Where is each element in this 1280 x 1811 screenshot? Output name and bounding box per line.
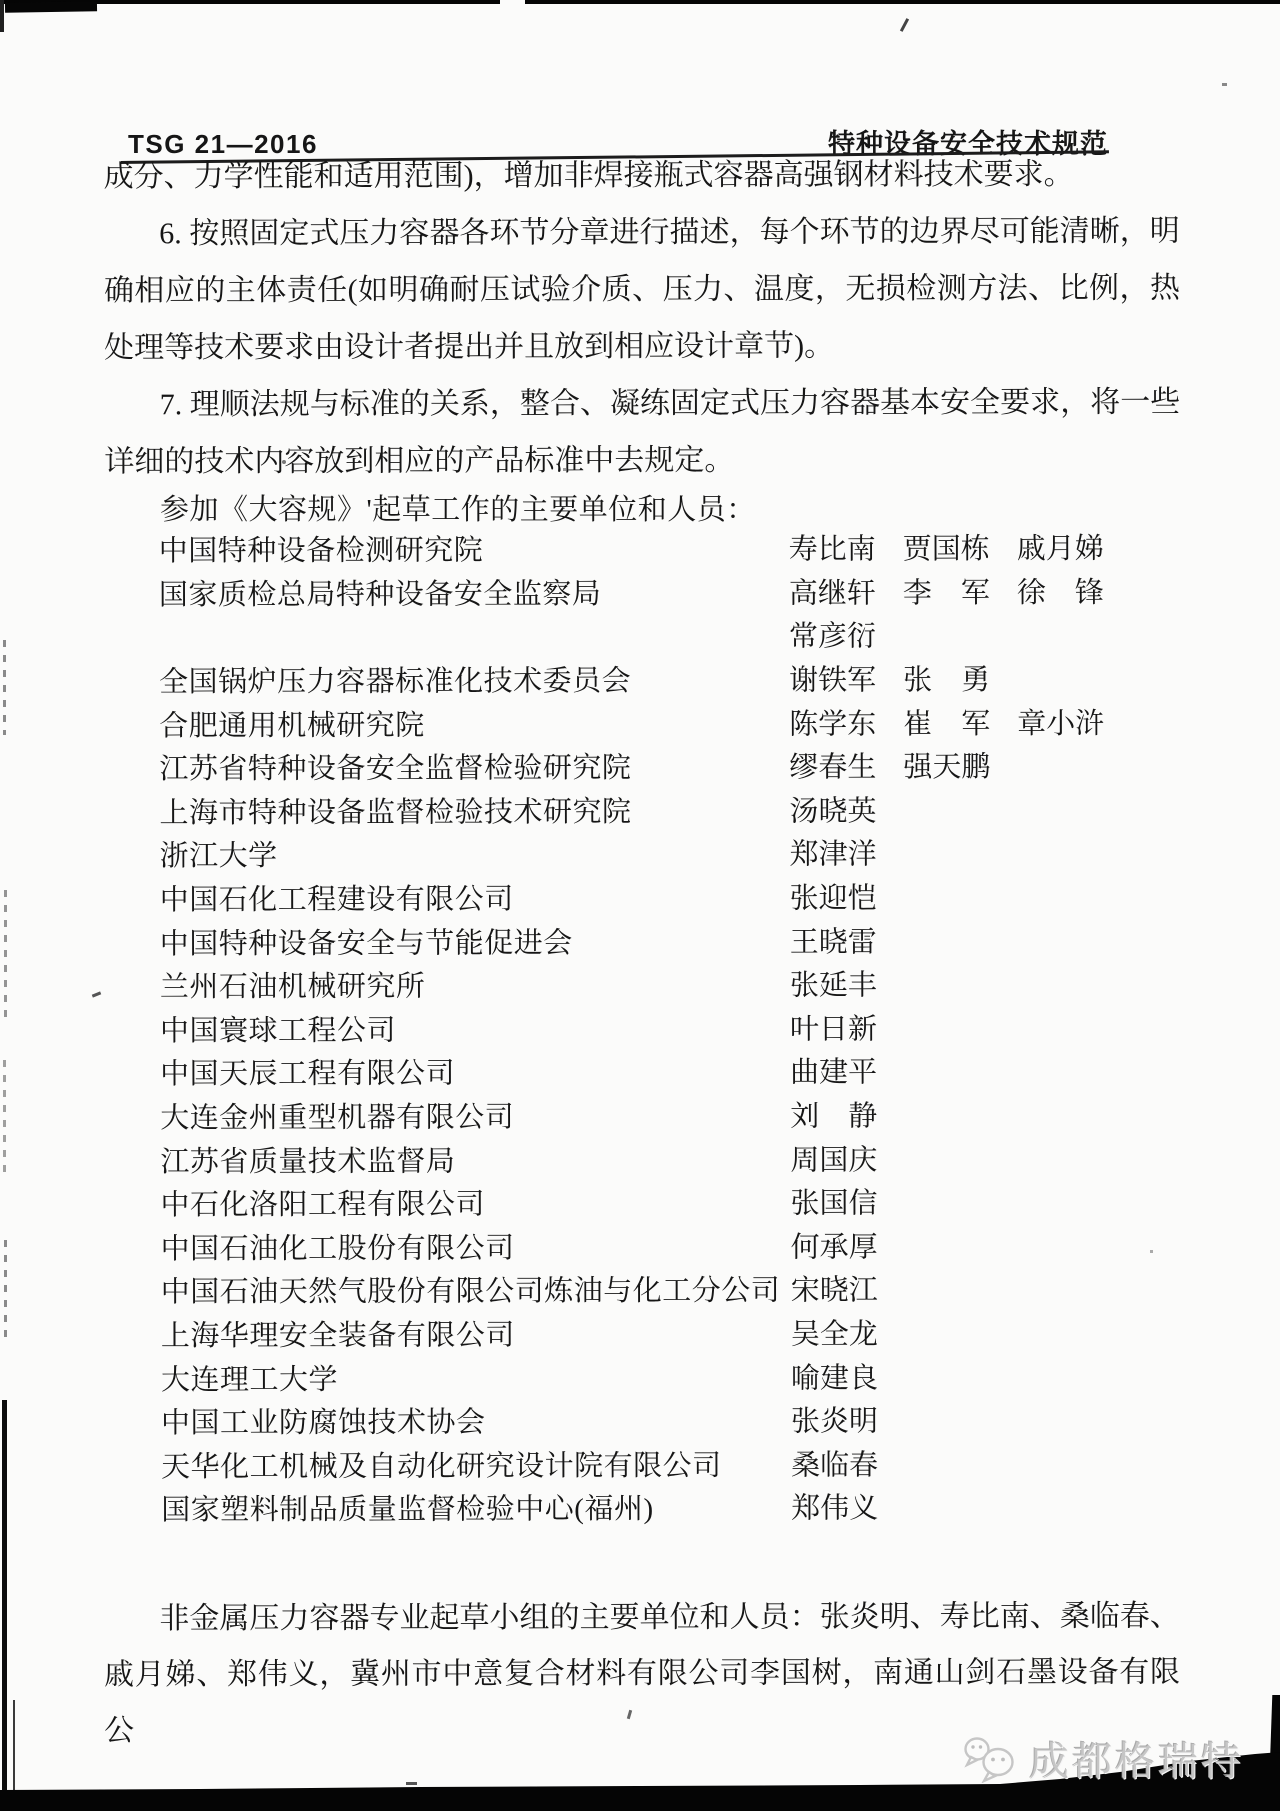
drafter-names: 张迎恺: [790, 875, 904, 916]
scan-edge-left: [3, 1060, 6, 1180]
scan-edge-left: [4, 890, 7, 1025]
drafter-name: 章小浒: [1017, 708, 1104, 740]
scan-speck: [1222, 83, 1227, 86]
drafter-unit: 中国工业防腐蚀技术协会: [161, 1399, 791, 1442]
drafter-names: 张延丰: [790, 963, 904, 1004]
drafter-name: 缪春生: [789, 752, 876, 784]
drafter-row: 浙江大学郑津洋: [159, 830, 1219, 876]
drafter-unit: 中石化洛阳工程有限公司: [160, 1181, 790, 1224]
drafter-row: 中国工业防腐蚀技术协会张炎明: [161, 1396, 1221, 1442]
drafter-unit: 中国石油天然气股份有限公司炼油与化工分公司: [161, 1268, 791, 1311]
drafter-name: 郑津洋: [790, 839, 877, 871]
drafter-name: 张延丰: [790, 970, 877, 1002]
scan-edge-top: [0, 0, 1280, 4]
drafter-name: 张迎恺: [790, 883, 877, 915]
drafter-names: 曲建平: [790, 1050, 904, 1091]
scan-edge-right-bottom: [1269, 1695, 1280, 1811]
drafter-names: 陈学东崔 军章小浒: [789, 701, 1131, 743]
paragraph-2: 6. 按照固定式压力容器各环节分章进行描述，每个环节的边界尽可能清晰，明确相应的…: [104, 203, 1180, 377]
paragraph-3: 7. 理顺法规与标准的关系，整合、凝练固定式压力容器基本安全要求，将一些详细的技…: [104, 374, 1180, 491]
drafter-row: 上海市特种设备监督检验技术研究院汤晓英: [159, 786, 1219, 832]
drafter-names: 常彦衍: [789, 614, 903, 655]
drafter-names: 喻建良: [791, 1355, 905, 1396]
drafter-names: 张炎明: [791, 1399, 905, 1440]
drafter-unit: 江苏省质量技术监督局: [160, 1137, 790, 1180]
drafter-unit: 国家质检总局特种设备安全监察局: [159, 571, 789, 614]
drafter-row: 国家塑料制品质量监督检验中心(福州)郑伟义: [161, 1484, 1221, 1530]
scan-edge-left-bottom: [2, 1400, 7, 1811]
scan-speck: [92, 991, 101, 997]
drafter-unit: 上海华理安全装备有限公司: [161, 1312, 791, 1355]
drafter-name: 桑临春: [791, 1449, 878, 1481]
drafter-row: 中国石化工程建设有限公司张迎恺: [160, 873, 1220, 919]
drafter-row: 常彦衍: [159, 612, 1219, 658]
drafter-names: 谢铁军张 勇: [789, 657, 1017, 699]
drafter-name: 常彦衍: [789, 621, 876, 653]
drafter-name: 汤晓英: [789, 795, 876, 827]
drafter-name: 陈学东: [789, 708, 876, 740]
drafter-name: 宋晓江: [791, 1275, 878, 1307]
drafter-name: 郑伟义: [791, 1493, 878, 1525]
drafter-unit: 大连金州重型机器有限公司: [160, 1094, 790, 1137]
scan-edge-left-top: [0, 0, 4, 32]
drafter-unit: 中国特种设备检测研究院: [159, 527, 789, 570]
drafter-unit: 上海市特种设备监督检验技术研究院: [159, 789, 789, 832]
drafter-name: 张炎明: [791, 1406, 878, 1438]
drafter-names: 周国庆: [790, 1137, 904, 1178]
drafter-names: 刘 静: [790, 1093, 904, 1134]
drafter-names: 汤晓英: [789, 788, 903, 829]
drafter-unit: 合肥通用机械研究院: [159, 701, 789, 744]
drafter-unit: 江苏省特种设备安全监督检验研究院: [159, 745, 789, 788]
drafters-list: 中国特种设备检测研究院寿比南贾国栋戚月娣国家质检总局特种设备安全监察局高继轩李 …: [159, 525, 1222, 1530]
scan-edge-left: [4, 1240, 7, 1345]
drafter-unit: 中国天辰工程有限公司: [160, 1050, 790, 1093]
drafter-row: 中国石油化工股份有限公司何承厚: [161, 1222, 1221, 1268]
drafter-name: 叶日新: [790, 1013, 877, 1045]
drafter-row: 上海华理安全装备有限公司吴全龙: [161, 1309, 1221, 1355]
drafter-unit: 中国特种设备安全与节能促进会: [160, 919, 790, 962]
drafter-name: 张国信: [790, 1188, 877, 1220]
drafter-names: 寿比南贾国栋戚月娣: [789, 526, 1131, 568]
body-text: 成分、力学性能和适用范围)，增加非焊接瓶式容器高强钢材料技术要求。 6. 按照固…: [104, 146, 1181, 491]
drafter-names: 桑临春: [791, 1442, 905, 1483]
drafter-row: 全国锅炉压力容器标准化技术委员会谢铁军张 勇: [159, 655, 1219, 701]
scan-speck: [900, 18, 909, 32]
drafter-row: 合肥通用机械研究院陈学东崔 军章小浒: [159, 699, 1219, 745]
drafter-name: 高继轩: [789, 577, 876, 609]
drafter-unit: 全国锅炉压力容器标准化技术委员会: [159, 658, 789, 701]
drafter-row: 国家质检总局特种设备安全监察局高继轩李 军徐 锋: [159, 568, 1219, 614]
drafter-name: 谢铁军: [789, 665, 876, 697]
drafter-row: 中国石油天然气股份有限公司炼油与化工分公司宋晓江: [161, 1266, 1221, 1312]
drafter-name: 李 军: [903, 577, 990, 609]
drafter-unit: 浙江大学: [159, 832, 789, 875]
drafter-name: 周国庆: [790, 1144, 877, 1176]
drafter-names: 缪春生强天鹏: [789, 744, 1017, 786]
drafter-row: 中国天辰工程有限公司曲建平: [160, 1048, 1220, 1094]
drafter-name: 崔 军: [903, 708, 990, 740]
scan-mark-top-left: [5, 1, 97, 13]
drafter-row: 中国特种设备安全与节能促进会王晓雷: [160, 917, 1220, 963]
drafter-name: 吴全龙: [791, 1318, 878, 1350]
drafter-name: 刘 静: [790, 1101, 877, 1133]
document-page: TSG 21—2016 特种设备安全技术规范 成分、力学性能和适用范围)，增加非…: [0, 0, 1280, 1811]
drafter-name: 张 勇: [903, 664, 990, 696]
drafter-name: 喻建良: [791, 1362, 878, 1394]
scan-speck: [406, 1782, 417, 1785]
drafter-names: 高继轩李 军徐 锋: [789, 570, 1131, 612]
drafter-name: 何承厚: [791, 1231, 878, 1263]
drafter-row: 中国寰球工程公司叶日新: [160, 1004, 1220, 1050]
drafter-row: 兰州石油机械研究所张延丰: [160, 961, 1220, 1007]
drafter-name: 戚月娣: [1017, 533, 1104, 565]
drafter-names: 何承厚: [791, 1224, 905, 1265]
drafter-row: 江苏省质量技术监督局周国庆: [160, 1135, 1220, 1181]
drafter-unit: [159, 635, 789, 637]
wechat-icon: [961, 1735, 1019, 1783]
drafter-name: 王晓雷: [790, 926, 877, 958]
watermark: 成都格瑞特: [961, 1730, 1244, 1787]
drafter-names: 郑伟义: [791, 1486, 905, 1527]
drafter-row: 江苏省特种设备安全监督检验研究院缪春生强天鹏: [159, 743, 1219, 789]
drafter-names: 王晓雷: [790, 919, 904, 960]
drafter-names: 宋晓江: [791, 1268, 905, 1309]
drafter-unit: 国家塑料制品质量监督检验中心(福州): [161, 1486, 791, 1529]
drafter-unit: 天华化工机械及自动化研究设计院有限公司: [161, 1443, 791, 1486]
drafter-row: 中石化洛阳工程有限公司张国信: [160, 1179, 1220, 1225]
drafter-name: 徐 锋: [1017, 577, 1104, 609]
drafter-names: 郑津洋: [789, 832, 903, 873]
drafter-unit: 兰州石油机械研究所: [160, 963, 790, 1006]
drafter-row: 中国特种设备检测研究院寿比南贾国栋戚月娣: [159, 525, 1219, 571]
watermark-label: 成都格瑞特: [1029, 1730, 1244, 1787]
drafter-names: 张国信: [790, 1181, 904, 1222]
drafter-names: 吴全龙: [791, 1311, 905, 1352]
paragraph-1: 成分、力学性能和适用范围)，增加非焊接瓶式容器高强钢材料技术要求。: [104, 146, 1180, 206]
drafter-row: 天华化工机械及自动化研究设计院有限公司桑临春: [161, 1440, 1221, 1486]
drafter-unit: 中国寰球工程公司: [160, 1007, 790, 1050]
drafter-row: 大连理工大学喻建良: [161, 1353, 1221, 1399]
drafter-unit: 中国石油化工股份有限公司: [161, 1225, 791, 1268]
drafter-name: 寿比南: [789, 534, 876, 566]
scan-edge-left: [3, 640, 6, 735]
drafter-names: 叶日新: [790, 1006, 904, 1047]
drafter-unit: 大连理工大学: [161, 1355, 791, 1398]
drafter-unit: 中国石化工程建设有限公司: [160, 876, 790, 919]
drafter-name: 强天鹏: [903, 751, 990, 783]
scan-edge-left-inner: [13, 1700, 15, 1796]
drafter-name: 曲建平: [790, 1057, 877, 1089]
drafter-row: 大连金州重型机器有限公司刘 静: [160, 1091, 1220, 1137]
drafter-name: 贾国栋: [903, 534, 990, 566]
